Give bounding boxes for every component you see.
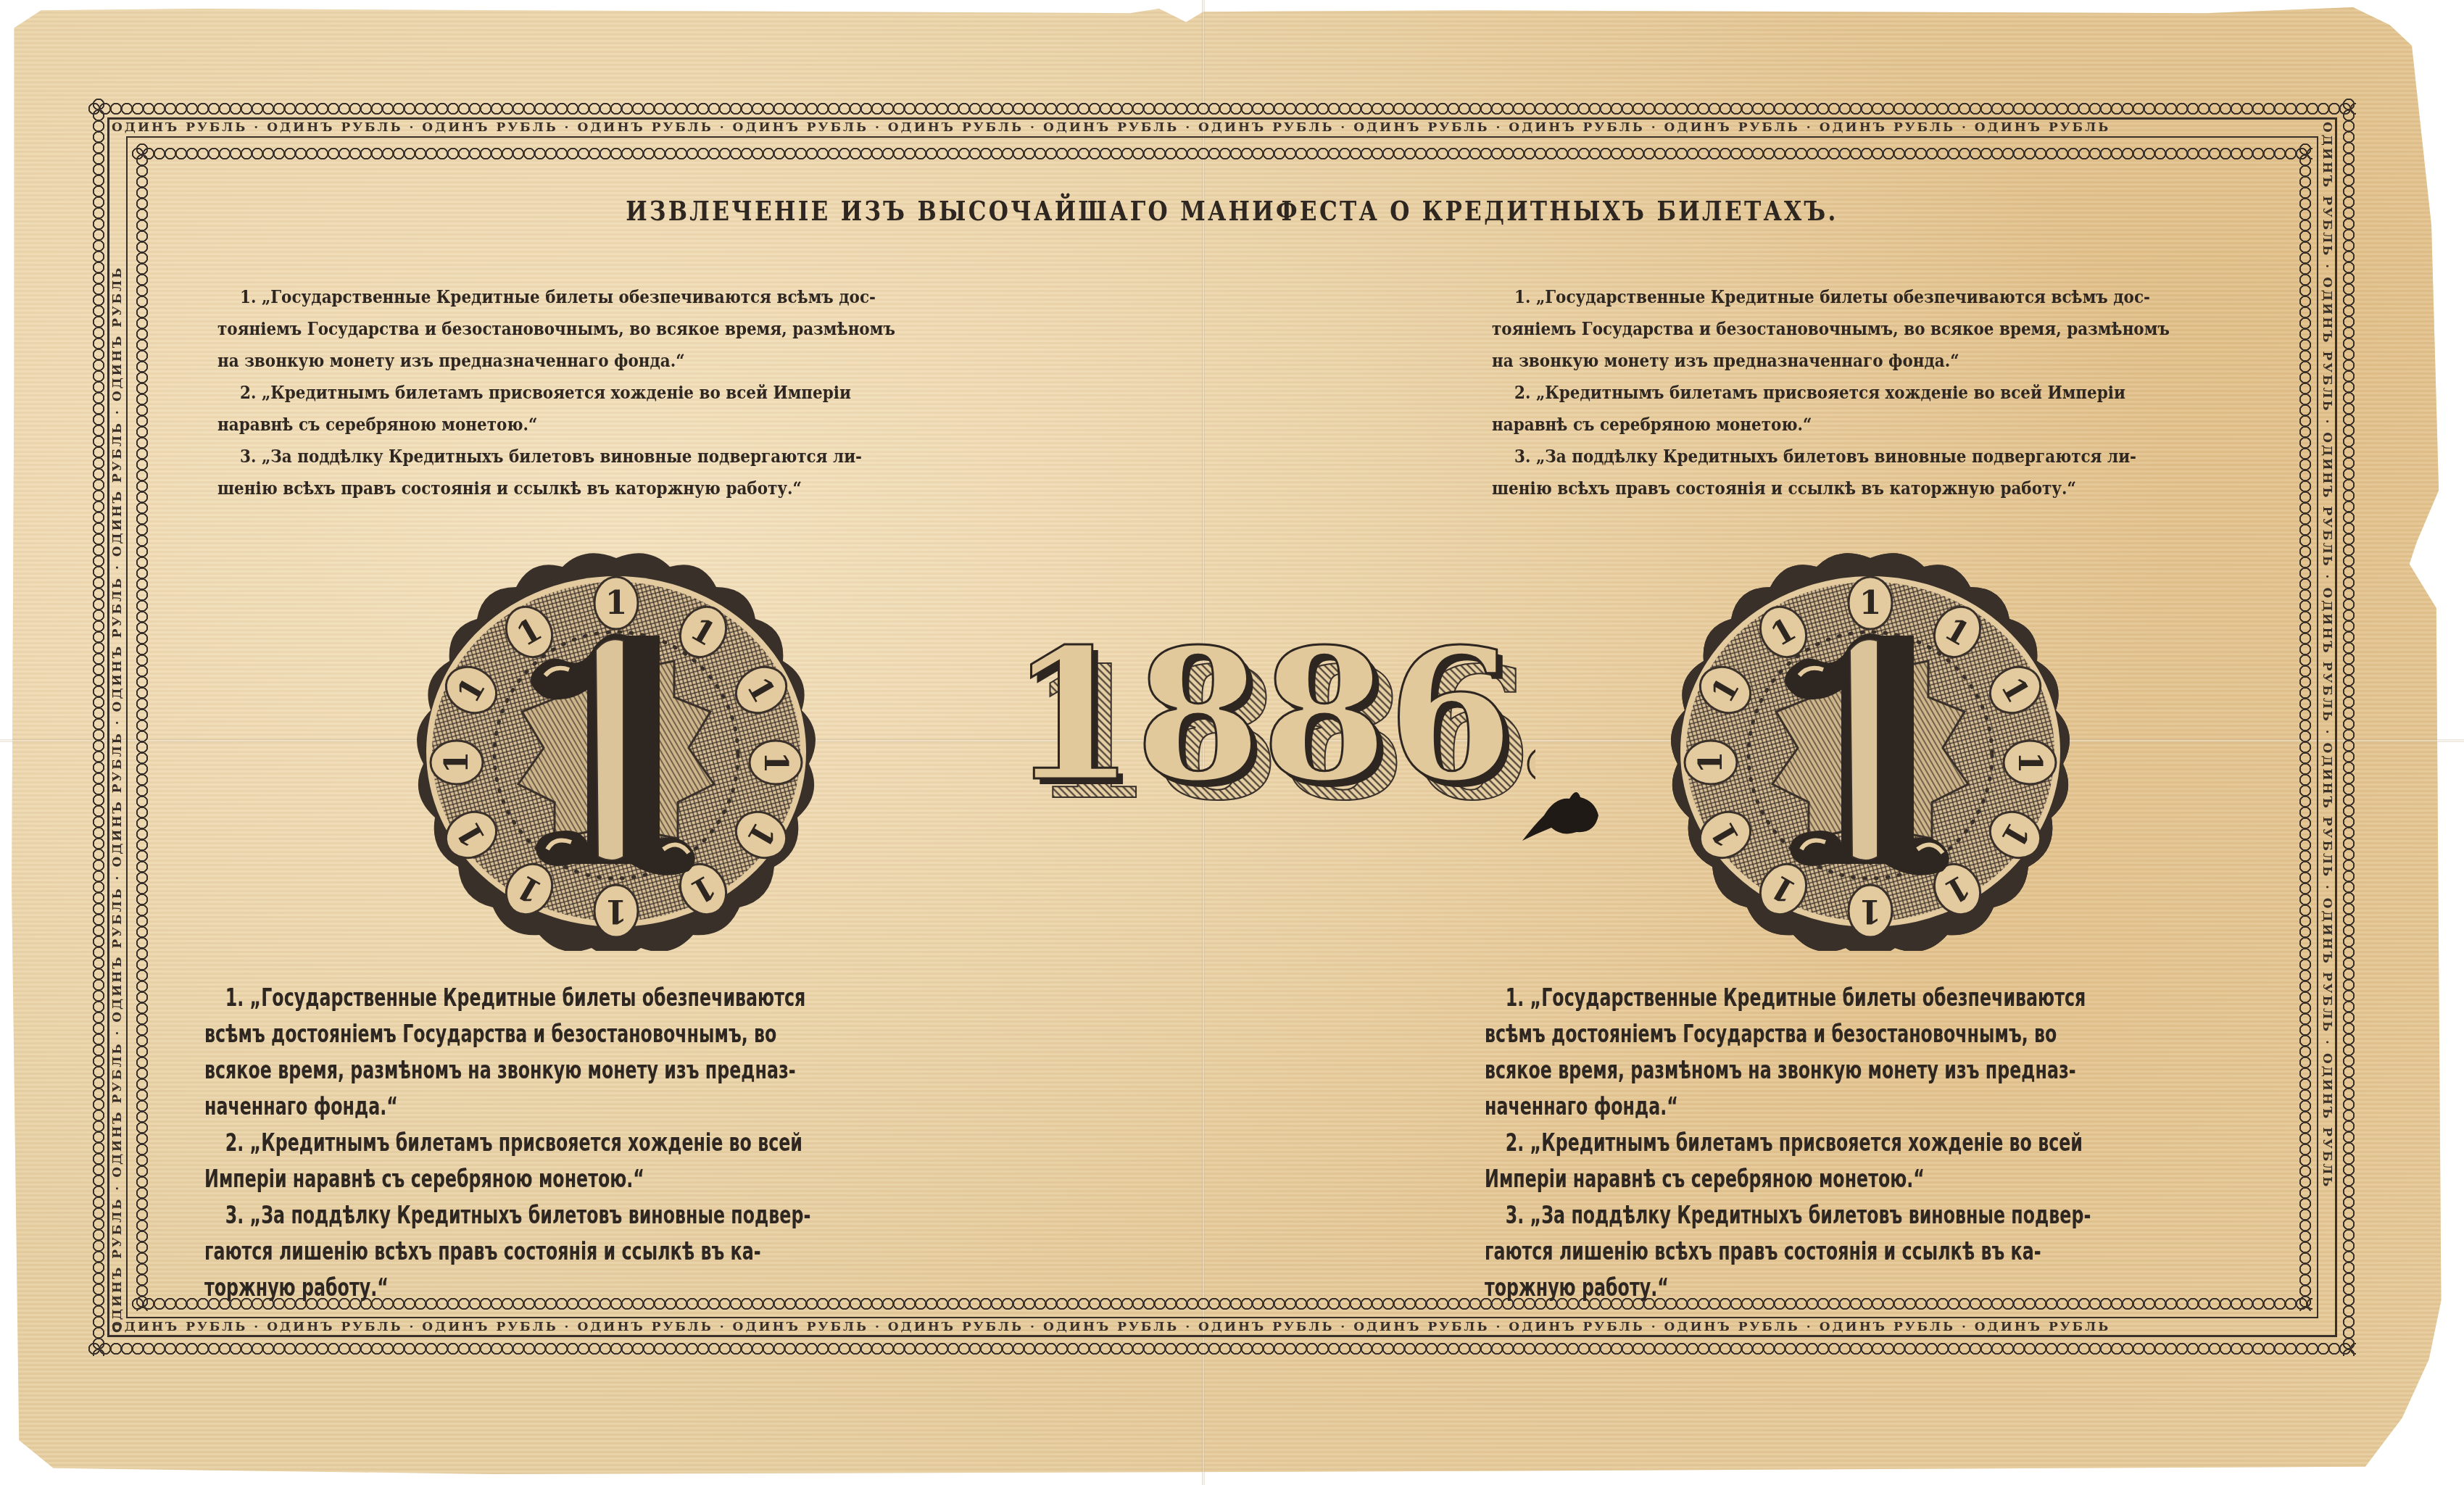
text-line: шенію всѣхъ правъ состоянія и ссылкѣ въ … xyxy=(1492,473,2170,504)
denomination-medallion-left: 1 1 1 1 1 1 1 1 1 1 1 1 xyxy=(362,545,870,951)
text-line: 1. „Государственные Кредитные билеты обе… xyxy=(1492,281,2170,313)
issue-year: 1886. 1886. 1886. xyxy=(999,623,1535,819)
text-line: 3. „За поддѣлку Кредитныхъ билетовъ вино… xyxy=(1485,1197,2091,1234)
text-line: наченнаго фонда.“ xyxy=(1485,1089,2091,1125)
ink-stain xyxy=(1515,783,1609,848)
text-line: 3. „За поддѣлку Кредитныхъ билетовъ вино… xyxy=(1492,441,2170,473)
svg-text:1: 1 xyxy=(757,752,794,774)
svg-text:1: 1 xyxy=(1859,585,1882,622)
text-line: всѣмъ достояніемъ Государства и безостан… xyxy=(1485,1016,2091,1052)
text-line: наравнѣ съ серебряною монетою.“ xyxy=(217,409,895,441)
text-line: тояніемъ Государства и безостановочнымъ,… xyxy=(217,313,895,345)
manifesto-excerpt-top-left: 1. „Государственные Кредитные билеты обе… xyxy=(217,281,895,504)
text-line: на звонкую монету изъ предназначеннаго ф… xyxy=(217,345,895,377)
manifesto-excerpt-bottom-left: 1. „Государственные Кредитные билеты обе… xyxy=(204,980,810,1306)
text-line: шенію всѣхъ правъ состоянія и ссылкѣ въ … xyxy=(217,473,895,504)
text-line: на звонкую монету изъ предназначеннаго ф… xyxy=(1492,345,2170,377)
text-line: 2. „Кредитнымъ билетамъ присвояется хожд… xyxy=(1485,1125,2091,1161)
text-line: 3. „За поддѣлку Кредитныхъ билетовъ вино… xyxy=(204,1197,810,1234)
border-text-bottom: ОДИНЪ РУБЛЬ · ОДИНЪ РУБЛЬ · ОДИНЪ РУБЛЬ … xyxy=(112,1319,2333,1335)
rosette-one-icon: 1 1 1 1 1 1 1 1 1 1 1 1 xyxy=(1617,545,2124,951)
text-line: торжную работу.“ xyxy=(1485,1270,2091,1306)
svg-text:1: 1 xyxy=(2011,752,2048,774)
svg-text:1: 1 xyxy=(605,892,628,929)
manifesto-excerpt-bottom-right: 1. „Государственные Кредитные билеты обе… xyxy=(1485,980,2091,1306)
text-line: всякое время, размѣномъ на звонкую монет… xyxy=(1485,1052,2091,1089)
guilloche-border-inner-right xyxy=(2295,143,2312,1311)
text-line: 2. „Кредитнымъ билетамъ присвояется хожд… xyxy=(1492,377,2170,409)
text-line: всѣмъ достояніемъ Государства и безостан… xyxy=(204,1016,810,1052)
guilloche-border-inner-left xyxy=(132,143,149,1311)
manifesto-excerpt-top-right: 1. „Государственные Кредитные билеты обе… xyxy=(1492,281,2170,504)
text-line: 2. „Кредитнымъ билетамъ присвояется хожд… xyxy=(204,1125,810,1161)
guilloche-border-outer-top xyxy=(88,99,2356,116)
svg-text:1: 1 xyxy=(1859,892,1882,929)
svg-text:1: 1 xyxy=(1693,752,1730,774)
svg-text:1: 1 xyxy=(439,752,476,774)
text-line: 3. „За поддѣлку Кредитныхъ билетовъ вино… xyxy=(217,441,895,473)
text-line: 1. „Государственные Кредитные билеты обе… xyxy=(217,281,895,313)
text-line: 2. „Кредитнымъ билетамъ присвояется хожд… xyxy=(217,377,895,409)
text-line: наравнѣ съ серебряною монетою.“ xyxy=(1492,409,2170,441)
guilloche-border-outer-left xyxy=(88,99,106,1356)
svg-text:1: 1 xyxy=(605,585,628,622)
guilloche-border-outer-right xyxy=(2339,99,2356,1356)
text-line: гаются лишенію всѣхъ правъ состоянія и с… xyxy=(204,1234,810,1270)
text-line: 1. „Государственные Кредитные билеты обе… xyxy=(204,980,810,1016)
border-text-right: ОДИНЪ РУБЛЬ · ОДИНЪ РУБЛЬ · ОДИНЪ РУБЛЬ … xyxy=(2319,122,2335,1333)
text-line: Имперіи наравнѣ съ серебряною монетою.“ xyxy=(204,1161,810,1197)
year-face: 1886. xyxy=(1009,623,1535,819)
text-line: тояніемъ Государства и безостановочнымъ,… xyxy=(1492,313,2170,345)
rosette-one-icon: 1 1 1 1 1 1 1 1 1 1 1 1 xyxy=(362,545,870,951)
guilloche-border-inner-top xyxy=(132,143,2312,161)
text-line: Имперіи наравнѣ съ серебряною монетою.“ xyxy=(1485,1161,2091,1197)
text-line: всякое время, размѣномъ на звонкую монет… xyxy=(204,1052,810,1089)
border-text-top: ОДИНЪ РУБЛЬ · ОДИНЪ РУБЛЬ · ОДИНЪ РУБЛЬ … xyxy=(112,120,2333,136)
text-line: 1. „Государственные Кредитные билеты обе… xyxy=(1485,980,2091,1016)
border-text-left: ОДИНЪ РУБЛЬ · ОДИНЪ РУБЛЬ · ОДИНЪ РУБЛЬ … xyxy=(109,122,125,1333)
text-line: наченнаго фонда.“ xyxy=(204,1089,810,1125)
denomination-medallion-right: 1 1 1 1 1 1 1 1 1 1 1 1 xyxy=(1617,545,2124,951)
text-line: торжную работу.“ xyxy=(204,1270,810,1306)
guilloche-border-outer-bottom xyxy=(88,1339,2356,1356)
text-line: гаются лишенію всѣхъ правъ состоянія и с… xyxy=(1485,1234,2091,1270)
manifesto-heading: ИЗВЛЕЧЕНІЕ ИЗЪ ВЫСОЧАЙШАГО МАНИФЕСТА О К… xyxy=(222,194,2242,227)
